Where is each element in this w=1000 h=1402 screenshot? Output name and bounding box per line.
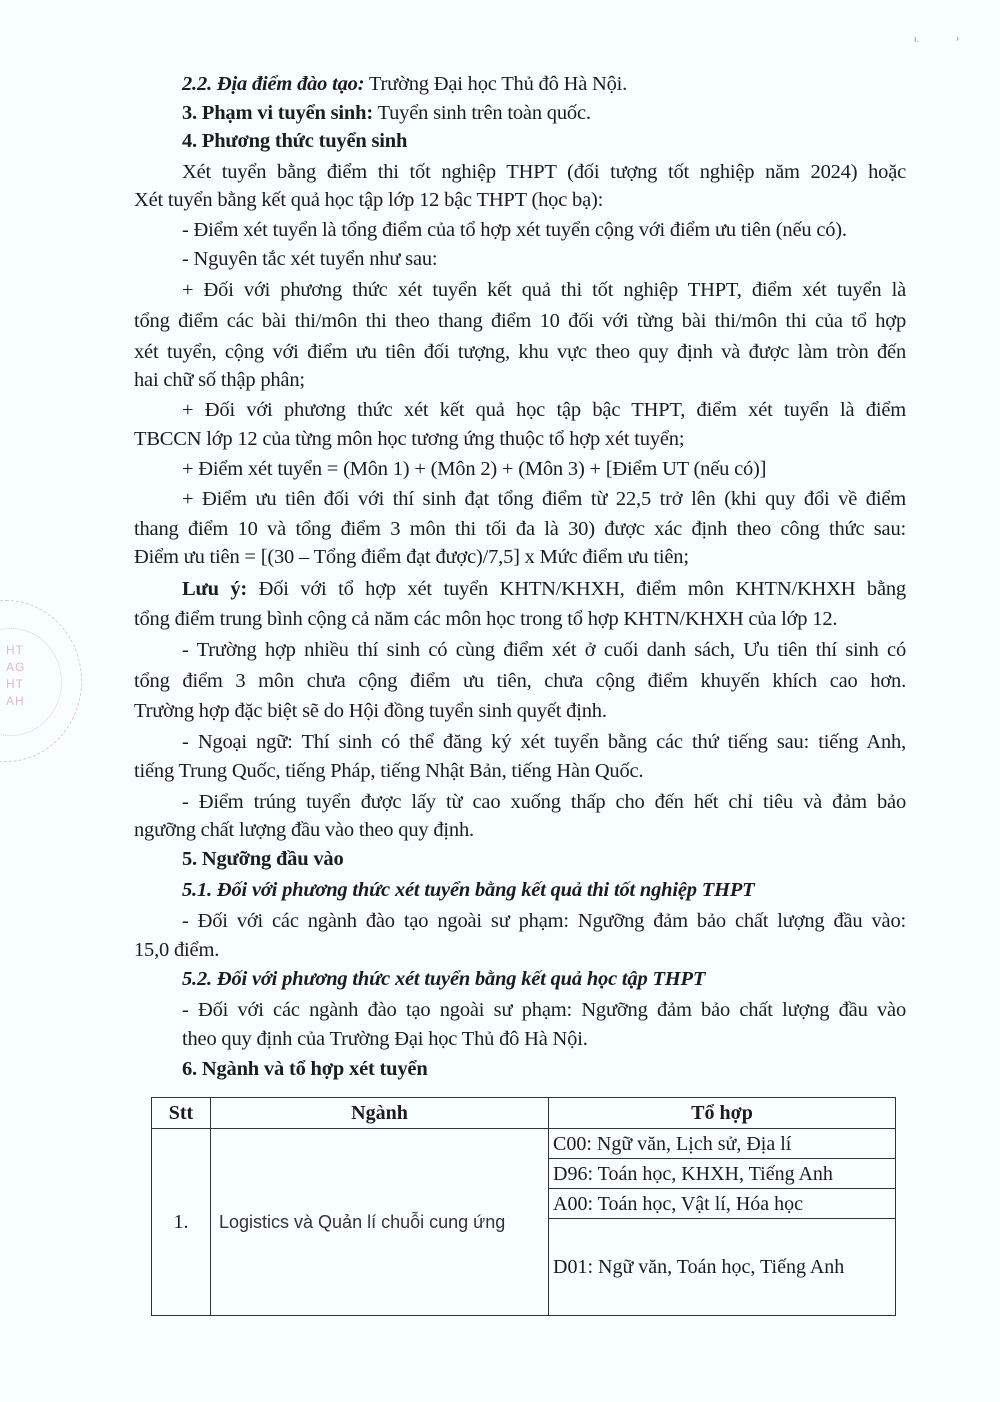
paragraph-line: theo quy định của Trường Đại học Thủ đô … (182, 1025, 906, 1053)
paragraph-line: - Đối với các ngành đào tạo ngoài sư phạ… (182, 996, 906, 1024)
paragraph-line: tiếng Trung Quốc, tiếng Pháp, tiếng Nhật… (134, 757, 906, 785)
section-5-2-heading: 5.2. Đối với phương thức xét tuyển bằng … (182, 965, 906, 993)
paragraph-line: hai chữ số thập phân; (134, 366, 906, 394)
col-header-stt: Stt (152, 1098, 211, 1129)
paragraph-line: - Ngoại ngữ: Thí sinh có thể đăng ký xét… (182, 728, 906, 756)
paragraph-line: + Đối với phương thức xét kết quả học tậ… (182, 396, 906, 424)
note-label: Lưu ý: (182, 578, 247, 600)
section-heading: 3. Phạm vi tuyển sinh: (182, 102, 373, 124)
scan-mark: ı. (914, 34, 919, 44)
paragraph-line: - Điểm trúng tuyển được lấy từ cao xuống… (182, 788, 906, 816)
cell-combo: A00: Toán học, Vật lí, Hóa học (549, 1189, 896, 1219)
formula-line: + Điểm xét tuyển = (Môn 1) + (Môn 2) + (… (182, 455, 906, 483)
official-stamp-text: HT AG HT AH (6, 642, 25, 710)
paragraph-line: TBCCN lớp 12 của từng môn học tương ứng … (134, 425, 906, 453)
cell-stt: 1. (152, 1129, 211, 1316)
note-line: Lưu ý: Đối với tổ hợp xét tuyển KHTN/KHX… (182, 575, 906, 603)
section-6-heading: 6. Ngành và tổ hợp xét tuyển (182, 1055, 906, 1083)
paragraph-line: - Điểm xét tuyển là tổng điểm của tổ hợp… (182, 216, 906, 244)
paragraph-line: - Đối với các ngành đào tạo ngoài sư phạ… (182, 907, 906, 935)
formula-line: Điểm ưu tiên = [(30 – Tổng điểm đạt được… (134, 543, 906, 571)
paragraph-line: 15,0 điểm. (134, 936, 906, 964)
paragraph-line: ngưỡng chất lượng đầu vào theo quy định. (134, 816, 906, 844)
paragraph-line: - Nguyên tắc xét tuyển như sau: (182, 245, 906, 273)
paragraph-line: Xét tuyển bằng điểm thi tốt nghiệp THPT … (182, 158, 906, 186)
col-header-major: Ngành (211, 1098, 549, 1129)
document-page: ı. › HT AG HT AH 2.2. Địa điểm đào tạo: … (0, 0, 1000, 1402)
cell-major: Logistics và Quản lí chuỗi cung ứng (211, 1129, 549, 1316)
paragraph-line: + Điểm ưu tiên đối với thí sinh đạt tổng… (182, 485, 906, 513)
scan-mark: › (956, 33, 959, 43)
paragraph-line: Trường hợp đặc biệt sẽ do Hội đồng tuyển… (134, 697, 906, 725)
col-header-combo: Tổ hợp (549, 1098, 896, 1129)
section-5-heading: 5. Ngưỡng đầu vào (182, 845, 906, 873)
cell-combo: C00: Ngữ văn, Lịch sử, Địa lí (549, 1129, 896, 1159)
cell-combo: D96: Toán học, KHXH, Tiếng Anh (549, 1159, 896, 1189)
section-heading: 2.2. Địa điểm đào tạo: (182, 73, 364, 95)
paragraph-line: xét tuyển, cộng với điểm ưu tiên đối tượ… (134, 338, 906, 366)
paragraph-line: tổng điểm trung bình cộng cả năm các môn… (134, 605, 906, 633)
section-4-heading: 4. Phương thức tuyển sinh (182, 127, 906, 155)
section-5-1-heading: 5.1. Đối với phương thức xét tuyển bằng … (182, 876, 906, 904)
table-header-row: Stt Ngành Tổ hợp (152, 1098, 896, 1129)
paragraph-line: tổng điểm 3 môn chưa cộng điểm ưu tiên, … (134, 667, 906, 695)
section-3-scope: 3. Phạm vi tuyển sinh: Tuyển sinh trên t… (182, 99, 906, 127)
section-2-2-location: 2.2. Địa điểm đào tạo: Trường Đại học Th… (182, 70, 906, 98)
cell-combo: D01: Ngữ văn, Toán học, Tiếng Anh (549, 1219, 896, 1316)
paragraph-line: Xét tuyển bằng kết quả học tập lớp 12 bậ… (134, 186, 906, 214)
paragraph-line: - Trường hợp nhiều thí sinh có cùng điểm… (182, 636, 906, 664)
paragraph-line: + Đối với phương thức xét tuyển kết quả … (182, 276, 906, 304)
table-row: 1. Logistics và Quản lí chuỗi cung ứng C… (152, 1129, 896, 1159)
majors-table: Stt Ngành Tổ hợp 1. Logistics và Quản lí… (151, 1097, 896, 1316)
paragraph-line: tổng điểm các bài thi/môn thi theo thang… (134, 307, 906, 335)
paragraph-line: thang điểm 10 và tổng điểm 3 môn thi tối… (134, 515, 906, 543)
